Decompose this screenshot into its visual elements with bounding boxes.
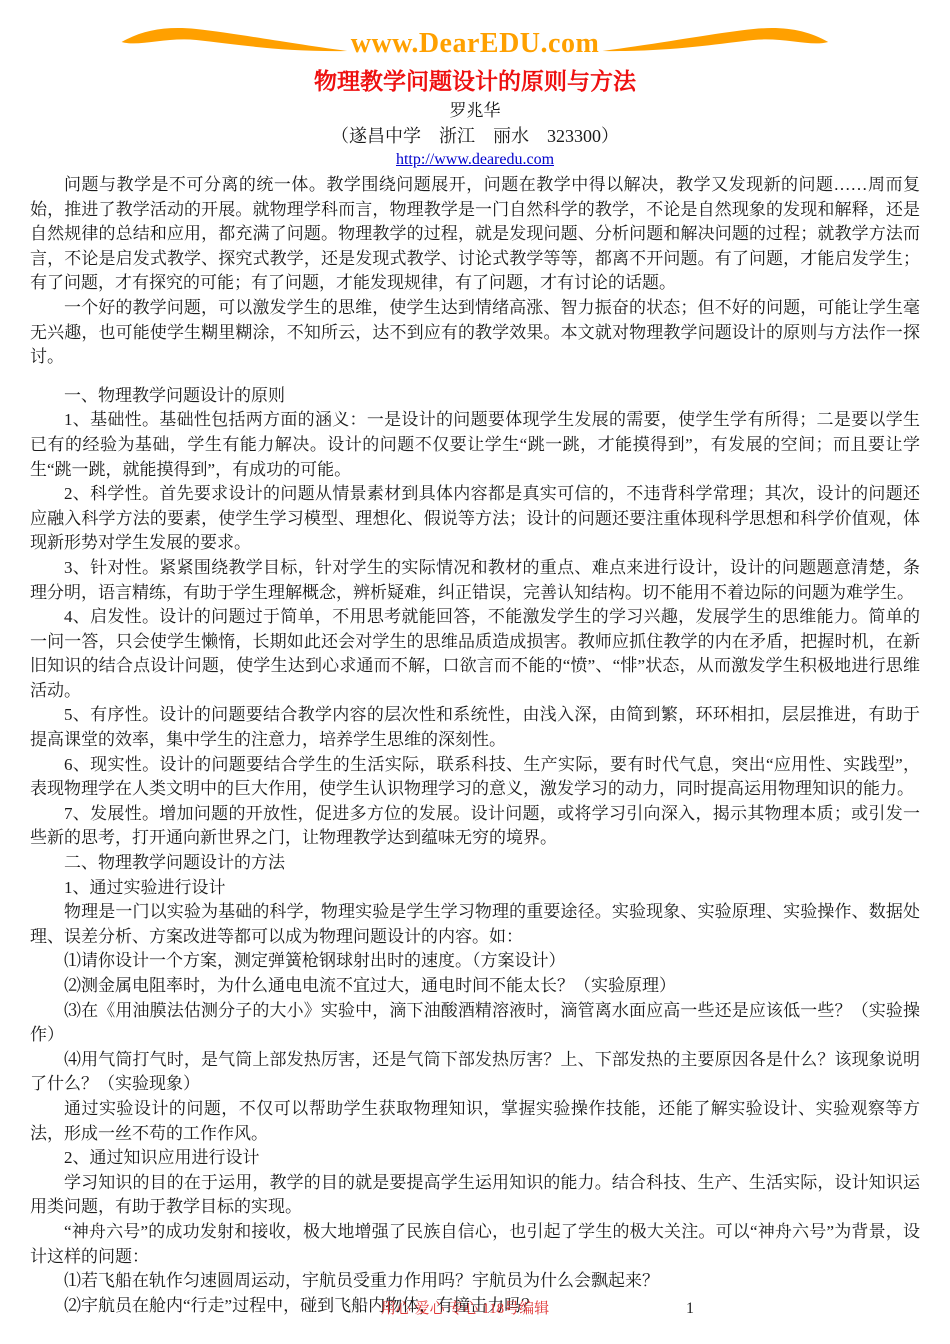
body-paragraph: 问题与教学是不可分离的统一体。教学围绕问题展开，问题在教学中得以解决，教学又发现… xyxy=(30,173,920,296)
section-heading: 二、物理教学问题设计的方法 xyxy=(30,851,920,876)
section-heading: 1、通过实验进行设计 xyxy=(30,876,920,901)
author-affiliation: （遂昌中学 浙江 丽水 323300） xyxy=(0,123,950,150)
body-paragraph: 通过实验设计的问题，不仅可以帮助学生获取物理知识，掌握实验操作技能，还能了解实验… xyxy=(30,1097,920,1146)
site-link-row: http://www.dearedu.com xyxy=(0,150,950,170)
section-heading: 一、物理教学问题设计的原则 xyxy=(30,384,920,409)
editor-note: 用心 爱心 专心 118号编辑 xyxy=(381,1298,549,1320)
body-paragraph: ⑶在《用油膜法估测分子的大小》实验中，滴下油酸酒精溶液时，滴管离水面应高一些还是… xyxy=(30,999,920,1048)
banner-site-text: www.DearEDU.com xyxy=(351,22,600,66)
body-paragraph: 物理是一门以实验为基础的科学，物理实验是学生学习物理的重要途径。实验现象、实验原… xyxy=(30,900,920,949)
section-heading: 2、通过知识应用进行设计 xyxy=(30,1146,920,1171)
body-paragraph: ⑴若飞船在轨作匀速圆周运动，宇航员受重力作用吗？宇航员为什么会飘起来？ xyxy=(30,1269,920,1294)
body-paragraph: 7、发展性。增加问题的开放性，促进多方位的发展。设计问题，或将学习引向深入，揭示… xyxy=(30,802,920,851)
body-paragraph: 3、针对性。紧紧围绕教学目标，针对学生的实际情况和教材的重点、难点来进行设计，设… xyxy=(30,556,920,605)
body-paragraph: 1、基础性。基础性包括两方面的涵义：一是设计的问题要体现学生发展的需要，使学生学… xyxy=(30,408,920,482)
dearedu-link[interactable]: http://www.dearedu.com xyxy=(396,151,554,168)
author-name: 罗兆华 xyxy=(0,98,950,123)
page-number: 1 xyxy=(686,1298,694,1320)
document-body: 问题与教学是不可分离的统一体。教学围绕问题展开，问题在教学中得以解决，教学又发现… xyxy=(0,173,950,1318)
banner-swoosh-left-icon xyxy=(120,22,349,66)
body-paragraph: 一个好的教学问题，可以激发学生的思维，使学生达到情绪高涨、智力振奋的状态；但不好… xyxy=(30,296,920,370)
page-footer: 用心 爱心 专心 118号编辑 1 xyxy=(0,1298,950,1320)
body-paragraph: ⑷用气筒打气时，是气筒上部发热厉害，还是气筒下部发热厉害？上、下部发热的主要原因… xyxy=(30,1048,920,1097)
paragraph-spacer xyxy=(30,370,920,384)
dearedu-banner: www.DearEDU.com xyxy=(120,22,830,66)
page-title: 物理教学问题设计的原则与方法 xyxy=(0,66,950,98)
body-paragraph: ⑴请你设计一个方案，测定弹簧枪钢球射出时的速度。（方案设计） xyxy=(30,949,920,974)
body-paragraph: 4、启发性。设计的问题过于简单，不用思考就能回答，不能激发学生的学习兴趣，发展学… xyxy=(30,605,920,703)
body-paragraph: ⑵测金属电阻率时，为什么通电电流不宜过大，通电时间不能太长？（实验原理） xyxy=(30,974,920,999)
body-paragraph: “神舟六号”的成功发射和接收，极大地增强了民族自信心，也引起了学生的极大关注。可… xyxy=(30,1220,920,1269)
document-page: www.DearEDU.com 物理教学问题设计的原则与方法 罗兆华 （遂昌中学… xyxy=(0,0,950,1344)
body-paragraph: 2、科学性。首先要求设计的问题从情景素材到具体内容都是真实可信的，不违背科学常理… xyxy=(30,482,920,556)
body-paragraph: 6、现实性。设计的问题要结合学生的生活实际，联系科技、生产实际，要有时代气息，突… xyxy=(30,753,920,802)
banner-swoosh-right-icon xyxy=(601,22,830,66)
body-paragraph: 学习知识的目的在于运用，教学的目的就是要提高学生运用知识的能力。结合科技、生产、… xyxy=(30,1171,920,1220)
body-paragraph: 5、有序性。设计的问题要结合教学内容的层次性和系统性，由浅入深，由简到繁，环环相… xyxy=(30,703,920,752)
